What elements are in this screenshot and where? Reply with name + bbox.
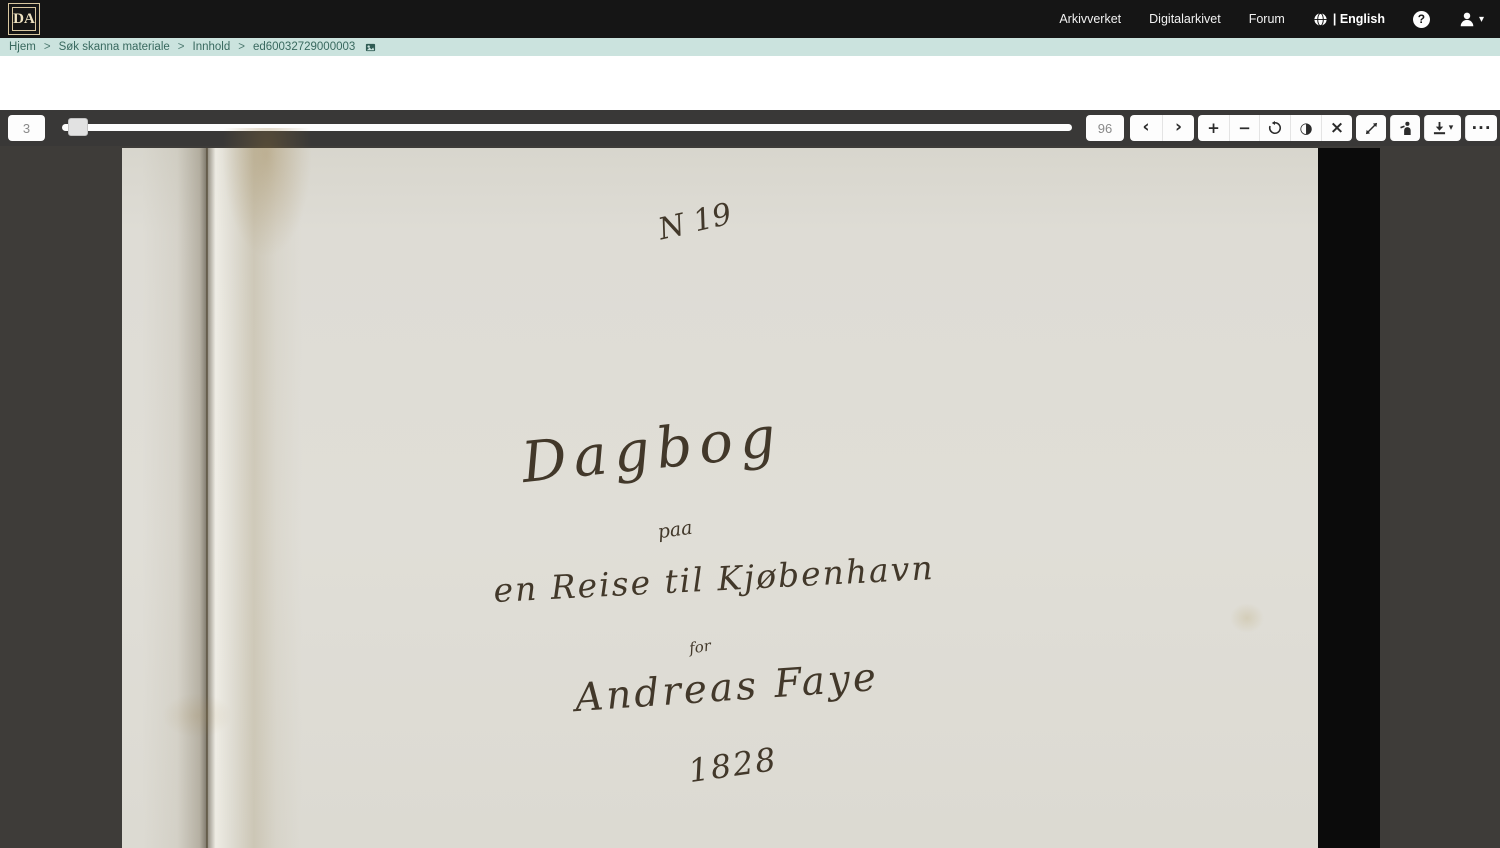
breadcrumb-document-id[interactable]: ed60032729000003 [253,41,355,53]
manuscript-page: N 19 Dagbog paa en Reise til Kjøbenhavn … [122,148,1318,848]
image-adjust-group: + − ◑ × [1198,115,1352,141]
expand-icon [1365,122,1378,135]
user-menu[interactable]: ▾ [1458,10,1484,28]
reset-button[interactable]: × [1321,115,1352,141]
paper-stain [222,128,312,258]
handwriting-line2: paa [656,517,694,544]
document-header: Faye, Andreas, AAKS/PA-1936b/1/F/L0003/0… [0,56,1500,110]
digitalarkivet-logo[interactable]: DA [8,3,40,35]
help-button[interactable]: ? [1413,11,1430,28]
breadcrumb-separator: > [238,41,245,53]
report-image-button[interactable] [1390,115,1420,141]
language-label: | English [1333,12,1385,26]
chevron-down-icon: ▾ [1449,123,1454,133]
zoom-in-button[interactable]: + [1198,115,1229,141]
next-page-button[interactable]: › [1162,115,1194,141]
chevron-down-icon: ▾ [1479,14,1484,25]
breadcrumb-separator: > [178,41,185,53]
language-switcher[interactable]: | English [1313,12,1385,27]
report-person-icon [1399,121,1413,136]
nav-forum[interactable]: Forum [1249,12,1285,26]
handwriting-number: N 19 [655,197,735,248]
download-icon [1433,121,1446,135]
breadcrumb-hjem[interactable]: Hjem [9,41,36,53]
nav-digitalarkivet[interactable]: Digitalarkivet [1149,12,1221,26]
logo-text: DA [13,11,35,28]
top-nav-links: Arkivverket Digitalarkivet Forum | Engli… [1059,10,1500,28]
breadcrumb: Hjem > Søk skanna materiale > Innhold > … [0,38,1500,56]
handwriting-line4: for [688,637,712,658]
page-slider[interactable] [62,124,1072,131]
top-navigation-bar: DA Arkivverket Digitalarkivet Forum | En… [0,0,1500,38]
paper-stain [162,693,232,738]
page-number-input[interactable] [8,115,45,141]
paper-stain [1230,603,1264,633]
breadcrumb-separator: > [44,41,51,53]
help-icon: ? [1418,12,1425,26]
breadcrumb-innhold[interactable]: Innhold [193,41,231,53]
book-spine-crease [206,148,208,848]
handwriting-author: Andreas Faye [574,655,881,721]
page-slider-handle[interactable] [68,118,88,136]
handwriting-title: Dagbog [519,404,786,496]
rotate-button[interactable] [1259,115,1290,141]
download-button[interactable]: ▾ [1424,115,1461,141]
image-viewer: N 19 Dagbog paa en Reise til Kjøbenhavn … [0,146,1500,848]
globe-icon [1313,12,1328,27]
zoom-out-button[interactable]: − [1229,115,1259,141]
contrast-button[interactable]: ◑ [1290,115,1321,141]
fullscreen-button[interactable] [1356,115,1386,141]
handwriting-year: 1828 [686,740,780,790]
zoom-level-input[interactable] [1086,115,1124,141]
breadcrumb-sok-skanna-materiale[interactable]: Søk skanna materiale [59,41,170,53]
page-nav-group: ‹ › [1130,115,1194,141]
nav-arkivverket[interactable]: Arkivverket [1059,12,1121,26]
user-icon [1458,10,1476,28]
scanned-material-icon [365,42,376,53]
previous-page-button[interactable]: ‹ [1130,115,1162,141]
handwriting-line3: en Reise til Kjøbenhavn [493,548,936,610]
more-options-button[interactable]: ··· [1465,115,1497,141]
document-image[interactable]: N 19 Dagbog paa en Reise til Kjøbenhavn … [122,148,1380,848]
